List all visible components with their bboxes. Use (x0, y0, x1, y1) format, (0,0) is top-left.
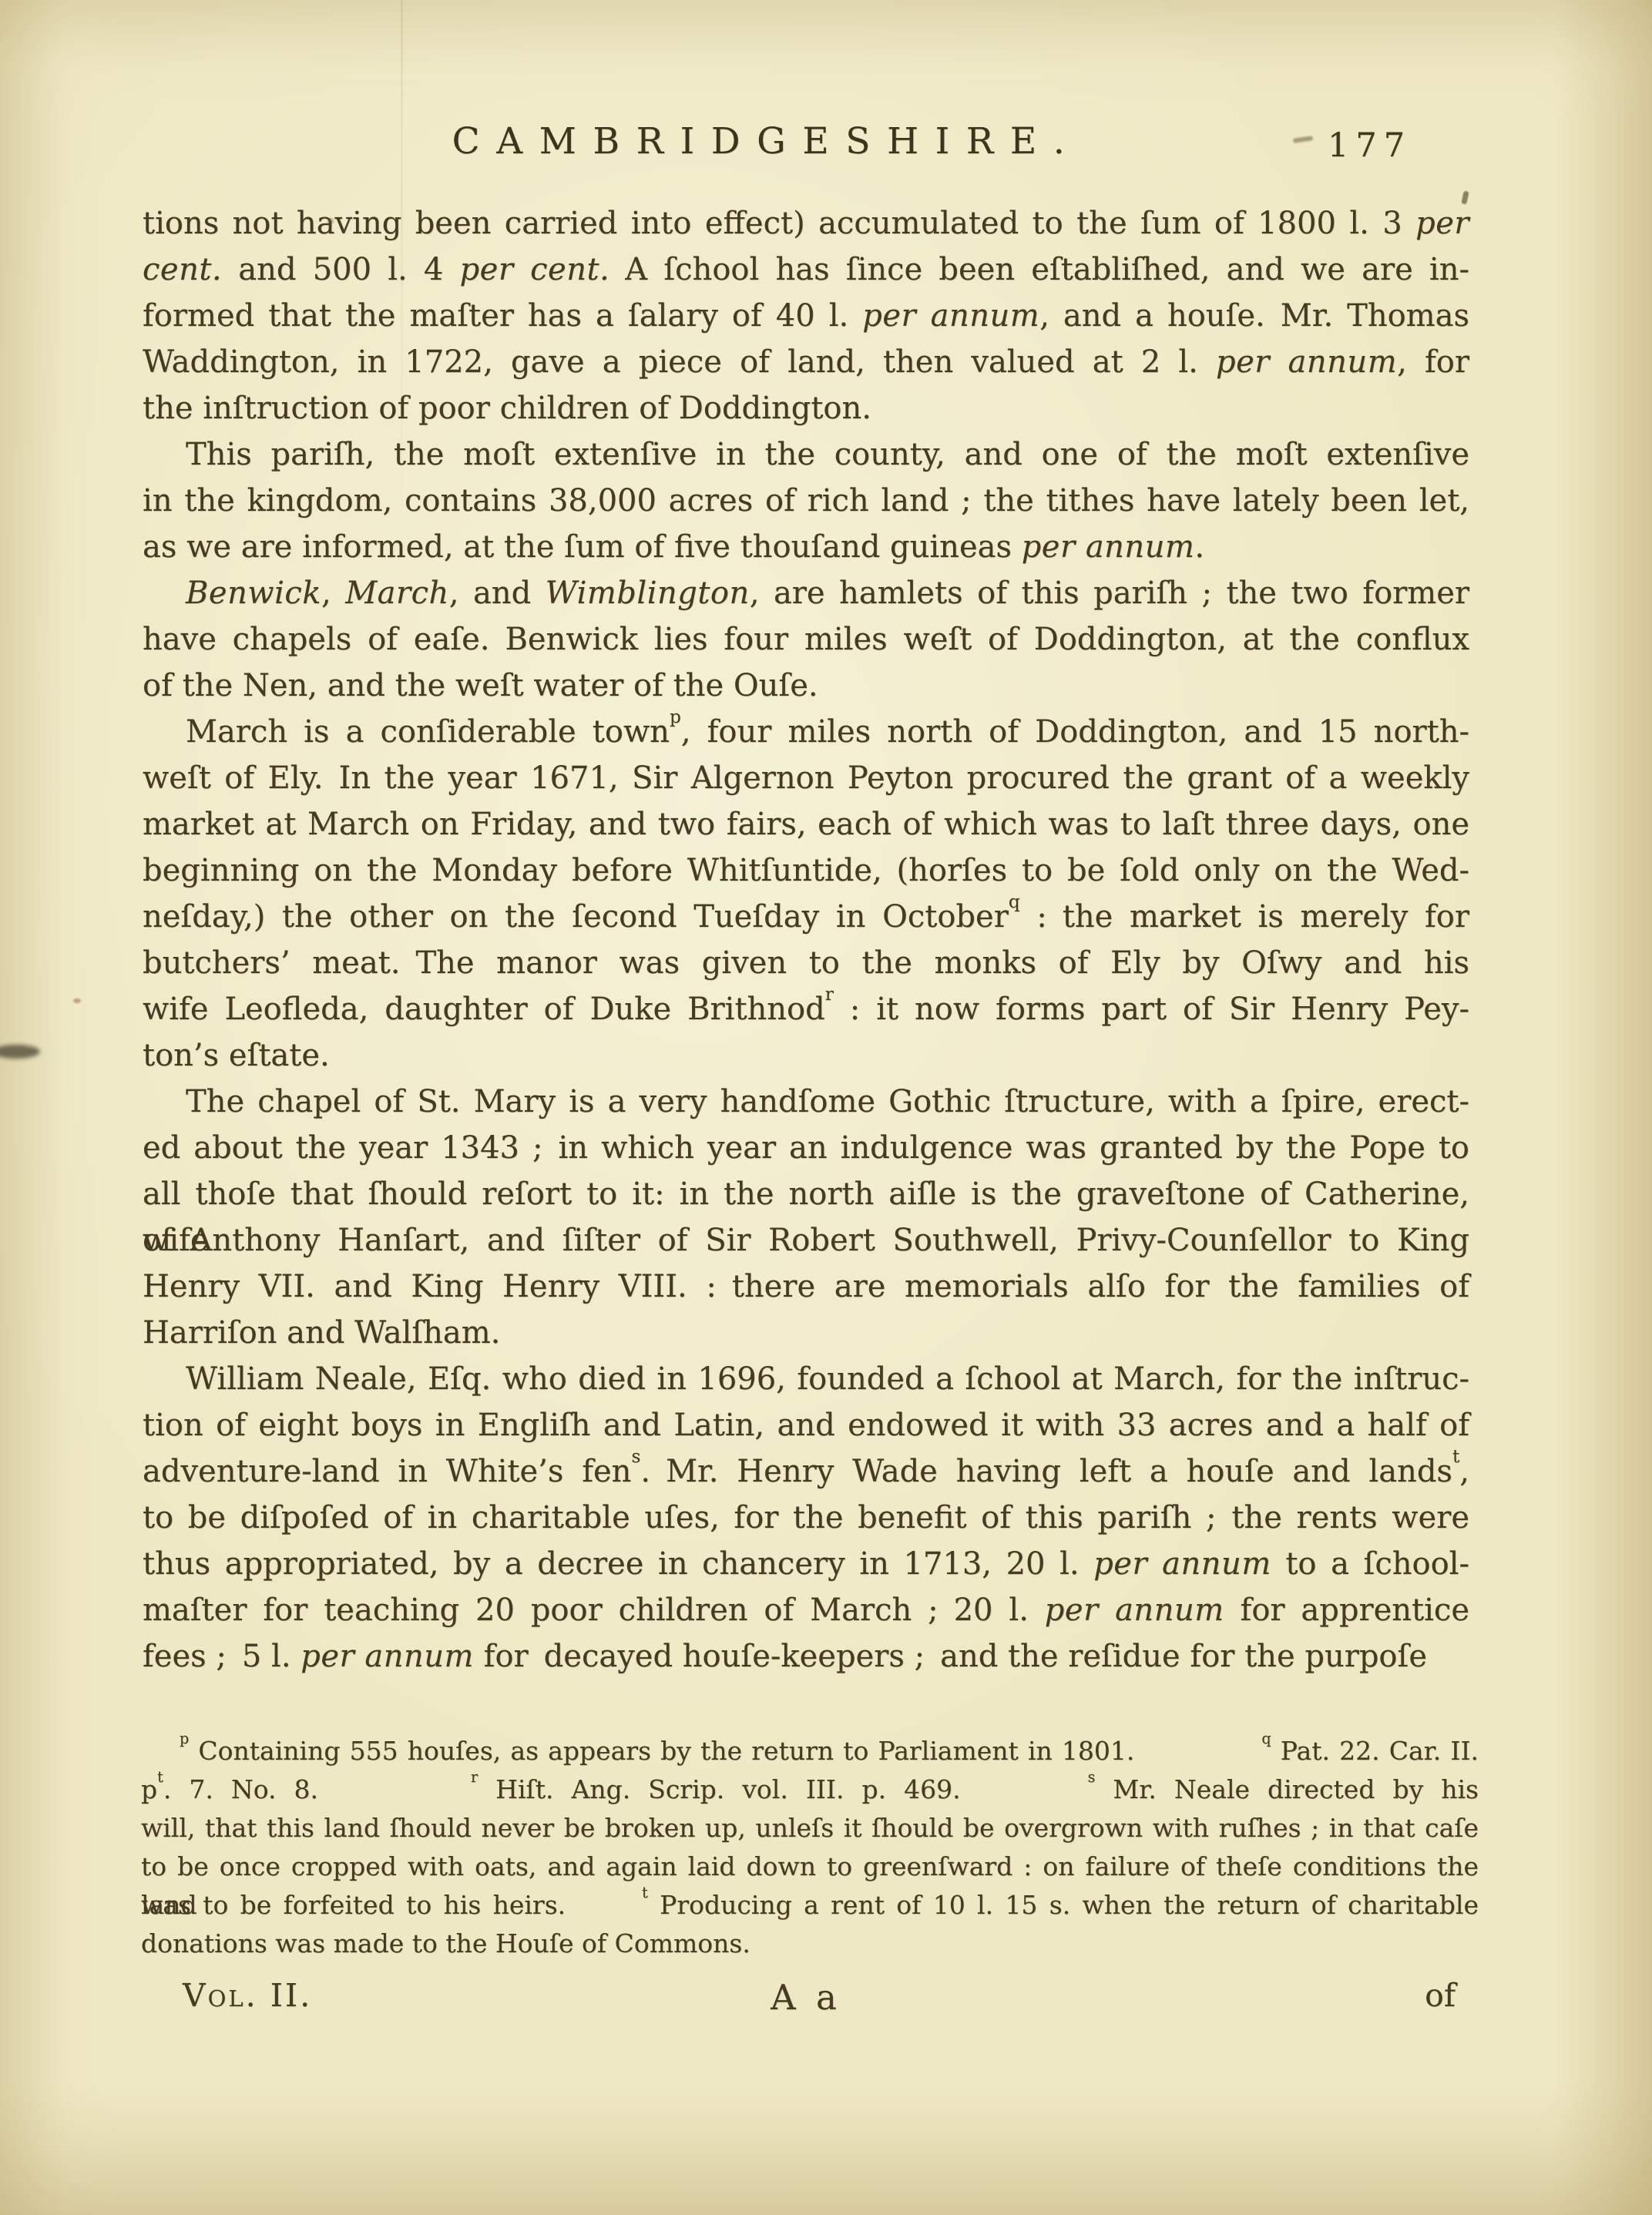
text-line: tion of eight boys in Engliſh and Latin,… (143, 1402, 1469, 1448)
text-line: the inſtruction of poor children of Dodd… (143, 385, 1469, 431)
text-line: Benwick, March, and Wimblington, are ham… (143, 570, 1469, 616)
text-line: cent. and 500 l. 4 per cent. A ſchool ha… (143, 247, 1469, 293)
text-line: of Anthony Hanſart, and ſiſter of Sir Ro… (143, 1217, 1469, 1264)
paragraph: tions not having been carried into effec… (143, 200, 1469, 431)
text-line: This pariſh, the moſt extenſive in the c… (143, 431, 1469, 478)
footnotes: p Containing 555 houſes, as appears by t… (141, 1732, 1479, 1963)
text-line: as we are informed, at the ſum of five t… (143, 524, 1469, 570)
paragraph: This pariſh, the moſt extenſive in the c… (143, 431, 1469, 570)
text-line: will, that this land ſhould never be bro… (141, 1809, 1479, 1848)
text-line: was to be forfeited to his heirs. t Prod… (141, 1886, 1479, 1925)
paragraph: Benwick, March, and Wimblington, are ham… (143, 570, 1469, 709)
text-line: all thoſe that ſhould reſort to it: in t… (143, 1171, 1469, 1217)
paragraph: The chapel of St. Mary is a very handſom… (143, 1079, 1469, 1356)
text-line: The chapel of St. Mary is a very handſom… (143, 1079, 1469, 1125)
text-line: beginning on the Monday before Whitſunti… (143, 847, 1469, 894)
text-line: ed about the year 1343 ; in which year a… (143, 1125, 1469, 1171)
text-line: have chapels of eaſe. Benwick lies four … (143, 616, 1469, 663)
text-line: Harriſon and Walſham. (143, 1310, 1469, 1356)
paragraph: March is a conſiderable townp, four mile… (143, 709, 1469, 1079)
text-line: tions not having been carried into effec… (143, 200, 1469, 247)
text-line: to be diſpoſed of in charitable uſes, fo… (143, 1495, 1469, 1541)
text-line: neſday,) the other on the ſecond Tueſday… (143, 894, 1469, 940)
volume-label: Vol. II. (183, 1977, 312, 2014)
text-line: pt. 7. No. 8. r Hiſt. Ang. Scrip. vol. I… (141, 1770, 1479, 1809)
main-text: tions not having been carried into effec… (143, 200, 1469, 1680)
text-line: in the kingdom, contains 38,000 acres of… (143, 478, 1469, 524)
text-line: fees ; 5 l. per annum for decayed houſe-… (143, 1633, 1469, 1680)
text-line: adventure-land in White’s fens. Mr. Henr… (143, 1448, 1469, 1495)
text-line: formed that the maſter has a ſalary of 4… (143, 293, 1469, 339)
signature-mark: A a (771, 1977, 841, 2018)
text-line: market at March on Friday, and two fairs… (143, 801, 1469, 847)
text-line: William Neale, Eſq. who died in 1696, fo… (143, 1356, 1469, 1402)
text-line: thus appropriated, by a decree in chance… (143, 1541, 1469, 1587)
text-line: butchers’ meat. The manor was given to t… (143, 940, 1469, 986)
text-line: wife Leofleda, daughter of Duke Brithnod… (143, 986, 1469, 1032)
text-line: maſter for teaching 20 poor children of … (143, 1587, 1469, 1633)
book-page: CAMBRIDGESHIRE. 177 tions not having bee… (0, 0, 1652, 2215)
text-line: p Containing 555 houſes, as appears by t… (141, 1732, 1479, 1770)
text-line: donations was made to the Houſe of Commo… (141, 1925, 1479, 1963)
text-line: Henry VII. and King Henry VIII. : there … (143, 1264, 1469, 1310)
page-footer: Vol. II. A a of (143, 1977, 1469, 2026)
scan-smudge (0, 1045, 40, 1059)
text-line: March is a conſiderable townp, four mile… (143, 709, 1469, 755)
text-line: weſt of Ely. In the year 1671, Sir Alger… (143, 755, 1469, 801)
page-number: 177 (1328, 126, 1412, 165)
running-title: CAMBRIDGESHIRE. (143, 120, 1391, 163)
text-line: ton’s eſtate. (143, 1032, 1469, 1079)
scan-speck (73, 998, 81, 1003)
paragraph: p Containing 555 houſes, as appears by t… (141, 1732, 1479, 1963)
paragraph: William Neale, Eſq. who died in 1696, fo… (143, 1356, 1469, 1680)
text-line: of the Nen, and the weſt water of the Ou… (143, 663, 1469, 709)
catchword: of (1425, 1977, 1456, 2014)
text-line: to be once cropped with oats, and again … (141, 1848, 1479, 1886)
text-line: Waddington, in 1722, gave a piece of lan… (143, 339, 1469, 385)
